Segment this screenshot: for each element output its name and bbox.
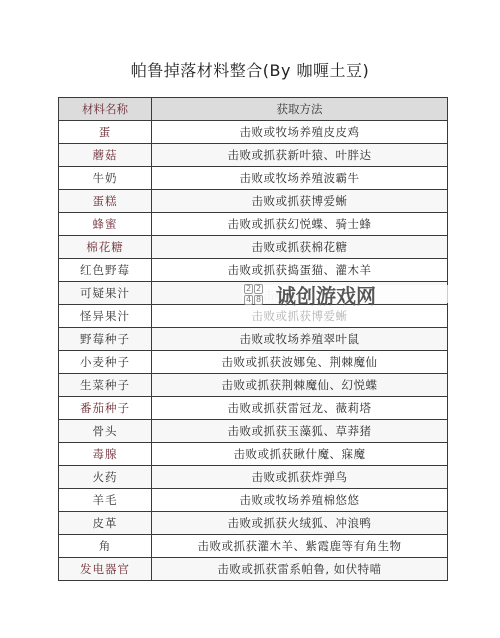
table-header-row: 材料名称 获取方法 — [59, 98, 448, 121]
table-row: 毒腺击败或抓获瞅什魔、寐魔 — [59, 443, 448, 466]
material-name: 红色野莓 — [59, 259, 152, 282]
table-row: 羊毛击败或牧场养殖棉悠悠 — [59, 489, 448, 512]
material-name: 角 — [59, 535, 152, 558]
table-row: 牛奶击败或牧场养殖波霸牛 — [59, 167, 448, 190]
material-name: 皮革 — [59, 512, 152, 535]
material-name: 可疑果汁 — [59, 282, 152, 305]
table-row: 皮革击败或抓获火绒狐、冲浪鸭 — [59, 512, 448, 535]
acquisition-method: 击败或抓获荆棘魔仙、幻悦蝶 — [152, 374, 448, 397]
acquisition-method: 击败或抓获雷冠龙、薇莉塔 — [152, 397, 448, 420]
table-row: 骨头击败或抓获玉藻狐、草莽猪 — [59, 420, 448, 443]
table-row: 生菜种子击败或抓获荆棘魔仙、幻悦蝶 — [59, 374, 448, 397]
table-row: 野莓种子击败或牧场养殖翠叶鼠 — [59, 328, 448, 351]
acquisition-method: 击败或抓获玉藻狐、草莽猪 — [152, 420, 448, 443]
material-name: 蛋 — [59, 121, 152, 144]
table-row: 怪异果汁击败或抓获博爱蜥 — [59, 305, 448, 328]
material-name: 番茄种子 — [59, 397, 152, 420]
faded-method-prefix: 击败或 — [263, 287, 298, 303]
table-row: 棉花糖击败或抓获棉花糖 — [59, 236, 448, 259]
table-row: 蛋击败或牧场养殖皮皮鸡 — [59, 121, 448, 144]
column-header-acquisition-method: 获取方法 — [152, 98, 448, 121]
material-name: 生菜种子 — [59, 374, 152, 397]
document-title: 帕鲁掉落材料整合(By 咖喱土豆) — [0, 58, 500, 81]
table-row: 火药击败或抓获炸弹鸟 — [59, 466, 448, 489]
material-name: 棉花糖 — [59, 236, 152, 259]
table-row: 蛋糕击败或抓获博爱蜥 — [59, 190, 448, 213]
acquisition-method: 击败或抓获灌木羊、紫霞鹿等有角生物 — [152, 535, 448, 558]
material-name: 小麦种子 — [59, 351, 152, 374]
table-row: 角击败或抓获灌木羊、紫霞鹿等有角生物 — [59, 535, 448, 558]
material-name: 发电器官 — [59, 558, 152, 581]
material-name: 羊毛 — [59, 489, 152, 512]
table-row: 红色野莓击败或抓获捣蛋猫、灌木羊 — [59, 259, 448, 282]
material-name: 牛奶 — [59, 167, 152, 190]
acquisition-method: 击败或抓获捣蛋猫、灌木羊 — [152, 259, 448, 282]
acquisition-method: 击败或牧场养殖翠叶鼠 — [152, 328, 448, 351]
acquisition-method: 击败或抓获新叶猿、叶胖达 — [152, 144, 448, 167]
acquisition-method: 击败或牧场养殖波霸牛 — [152, 167, 448, 190]
table-row: 蜂蜜击败或抓获幻悦蝶、骑士蜂 — [59, 213, 448, 236]
acquisition-method: 击败或抓获棉花糖 — [152, 236, 448, 259]
acquisition-method: 击败或抓获火绒狐、冲浪鸭 — [152, 512, 448, 535]
acquisition-method: 击败或抓获博爱蜥 — [152, 190, 448, 213]
table-row: 可疑果汁 — [59, 282, 448, 305]
acquisition-method: 击败或抓获博爱蜥 — [152, 305, 448, 328]
acquisition-method: 击败或抓获瞅什魔、寐魔 — [152, 443, 448, 466]
material-name: 蜂蜜 — [59, 213, 152, 236]
materials-table: 材料名称 获取方法 蛋击败或牧场养殖皮皮鸡 蘑菇击败或抓获新叶猿、叶胖达 牛奶击… — [58, 97, 448, 581]
table-row: 番茄种子击败或抓获雷冠龙、薇莉塔 — [59, 397, 448, 420]
table-row: 小麦种子击败或抓获波娜兔、荆棘魔仙 — [59, 351, 448, 374]
acquisition-method: 击败或抓获雷系帕鲁, 如伏特喵 — [152, 558, 448, 581]
table-row: 蘑菇击败或抓获新叶猿、叶胖达 — [59, 144, 448, 167]
acquisition-method — [152, 282, 448, 305]
material-name: 野莓种子 — [59, 328, 152, 351]
acquisition-method: 击败或抓获幻悦蝶、骑士蜂 — [152, 213, 448, 236]
column-header-material-name: 材料名称 — [59, 98, 152, 121]
acquisition-method: 击败或牧场养殖皮皮鸡 — [152, 121, 448, 144]
table-row: 发电器官击败或抓获雷系帕鲁, 如伏特喵 — [59, 558, 448, 581]
table-body: 蛋击败或牧场养殖皮皮鸡 蘑菇击败或抓获新叶猿、叶胖达 牛奶击败或牧场养殖波霸牛 … — [59, 121, 448, 581]
acquisition-method: 击败或抓获波娜兔、荆棘魔仙 — [152, 351, 448, 374]
material-name: 毒腺 — [59, 443, 152, 466]
material-name: 蘑菇 — [59, 144, 152, 167]
material-name: 火药 — [59, 466, 152, 489]
material-name: 怪异果汁 — [59, 305, 152, 328]
material-name: 蛋糕 — [59, 190, 152, 213]
acquisition-method: 击败或抓获炸弹鸟 — [152, 466, 448, 489]
acquisition-method: 击败或牧场养殖棉悠悠 — [152, 489, 448, 512]
material-name: 骨头 — [59, 420, 152, 443]
